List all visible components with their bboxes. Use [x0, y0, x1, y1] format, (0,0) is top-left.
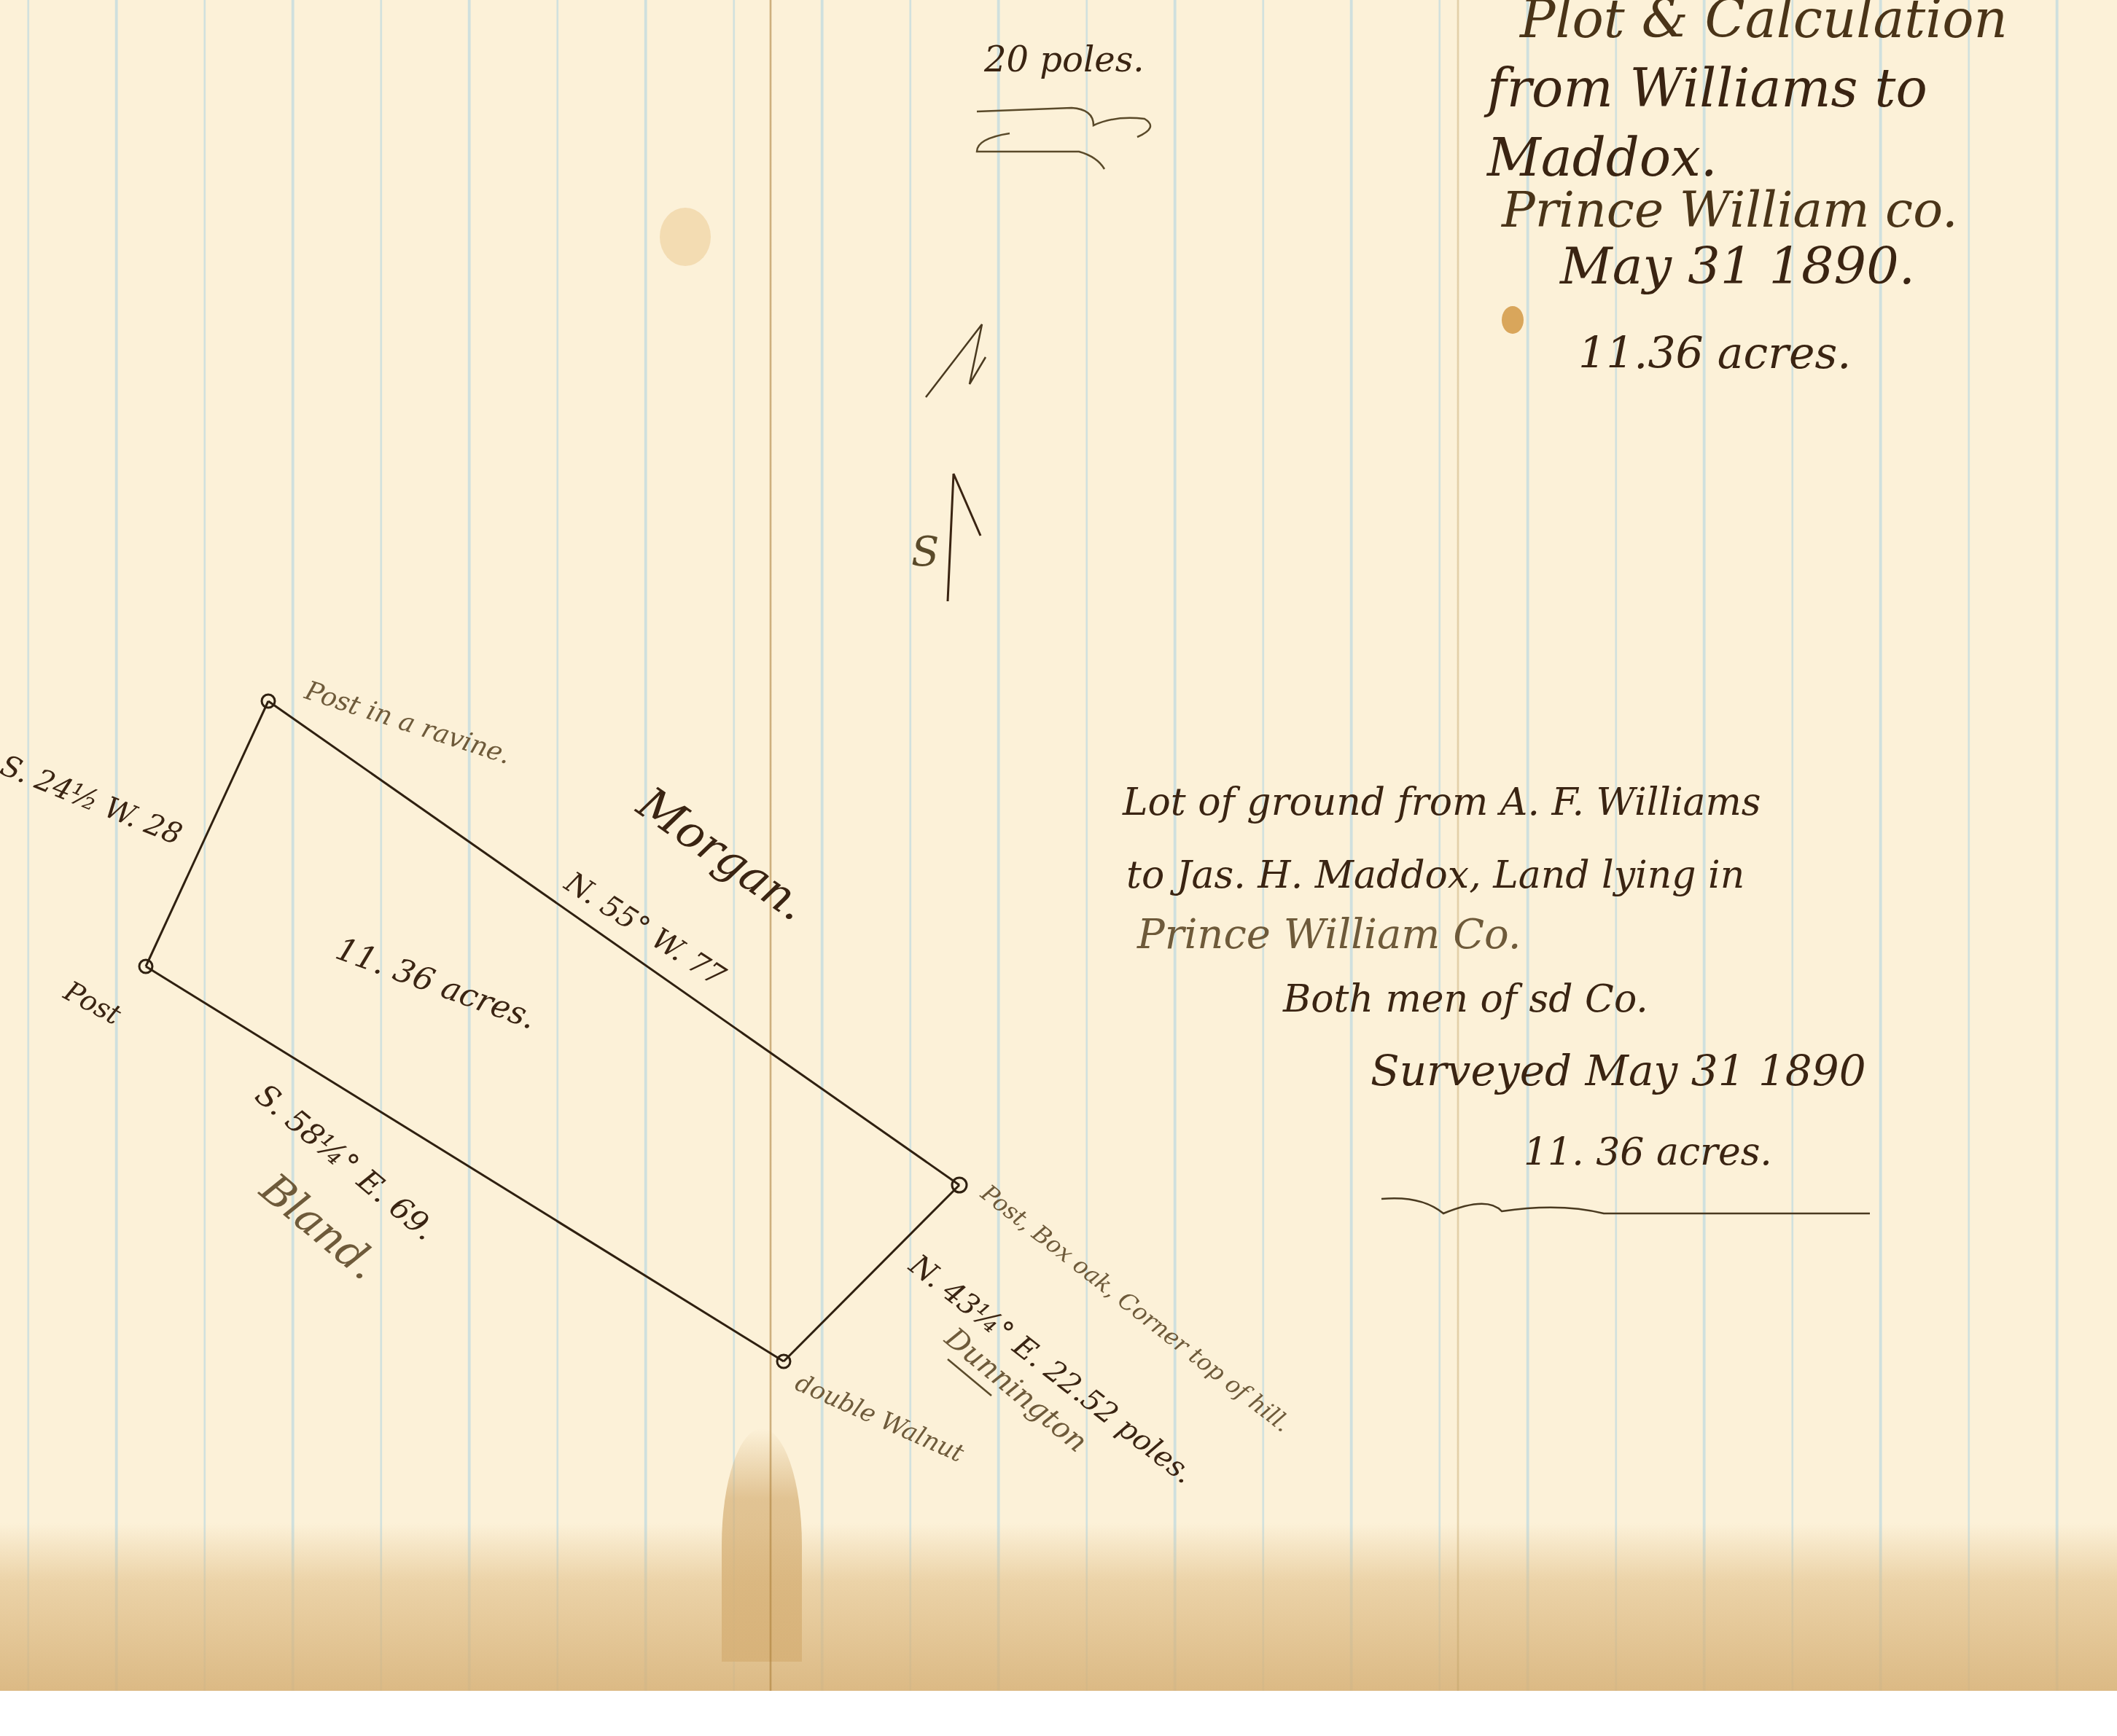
title-line-1: Plot & Calculation [1520, 0, 2008, 45]
description-line-3: Prince William Co. [1137, 915, 1521, 955]
description-line-6: 11. 36 acres. [1524, 1133, 1772, 1171]
county-label: Prince William co. [1502, 186, 1958, 235]
line-bland-boundary [146, 966, 784, 1361]
date-label: May 31 1890. [1560, 241, 1915, 292]
description-line-4: Both men of sd Co. [1283, 980, 1648, 1018]
title-line-2: from Williams to [1487, 62, 1927, 114]
title-line-3: Maddox. [1487, 131, 1718, 184]
compass-south-label: S [911, 532, 939, 573]
description-line-1: Lot of ground from A. F. Williams [1123, 783, 1761, 821]
scale-label: 20 poles. [984, 42, 1145, 77]
acreage-label: 11.36 acres. [1578, 332, 1851, 375]
description-line-5: Surveyed May 31 1890 [1371, 1049, 1866, 1092]
description-line-2: to Jas. H. Maddox, Land lying in [1126, 856, 1744, 894]
survey-document-page: Plot & Calculation from Williams to Madd… [0, 0, 2117, 1691]
